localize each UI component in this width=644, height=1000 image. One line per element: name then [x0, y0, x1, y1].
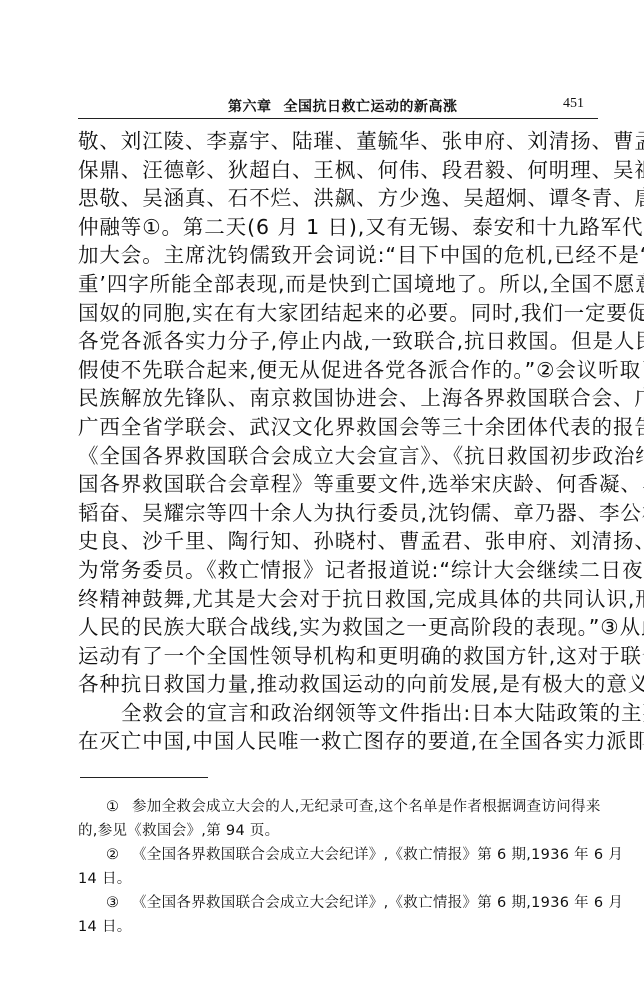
- header-rule: [78, 118, 598, 119]
- text-line: 广西全省学联会、武汉文化界救国会等三十余团体代表的报告,通过了: [78, 413, 600, 442]
- chapter-title: 全国抗日救亡运动的新高涨: [284, 99, 458, 115]
- text-line: 在灭亡中国,中国人民唯一救亡图存的要道,在全国各实力派即日停止: [78, 727, 600, 756]
- text-line: 假使不先联合起来,便无从促进各党各派合作的。”②会议听取了平津: [78, 356, 600, 385]
- text-line: 仲融等①。第二天(6 月 1 日),又有无锡、泰安和十九路军代表赶来参: [78, 213, 600, 242]
- text-line: 运动有了一个全国性领导机构和更明确的救国方针,这对于联合全国: [78, 642, 600, 671]
- footnote-3: ③《全国各界救国联合会成立大会纪详》,《救亡情报》第 6 期,1936 年 6 …: [78, 891, 600, 915]
- text-line: 为常务委员。《救亡情报》记者报道说:“综计大会继续二日夜,各代表始: [78, 556, 600, 585]
- text-line: 敬、刘江陵、李嘉宇、陆璀、董毓华、张申府、刘清扬、曹孟君、孙晓村、薛: [78, 127, 600, 156]
- text-line: 《全国各界救国联合会成立大会宣言》、《抗日救国初步政治纲领》、《全: [78, 442, 600, 471]
- text-line: 国奴的同胞,实在有大家团结起来的必要。同时,我们一定要促进全国: [78, 299, 600, 328]
- footnote-3-continuation: 14 日。: [78, 915, 600, 939]
- text-line: 各党各派各实力分子,停止内战,一致联合,抗日救国。但是人民自己: [78, 327, 600, 356]
- book-page: 第六章全国抗日救亡运动的新高涨 451 敬、刘江陵、李嘉宇、陆璀、董毓华、张申府…: [0, 0, 644, 1000]
- text-line: 国各界救国联合会章程》等重要文件,选举宋庆龄、何香凝、马相伯、邹: [78, 470, 600, 499]
- text-line: 韬奋、吴耀宗等四十余人为执行委员,沈钧儒、章乃器、李公朴、王造时、: [78, 499, 600, 528]
- footnote-1-continuation: 的,参见《救国会》,第 94 页。: [78, 819, 600, 843]
- text-line: 史良、沙千里、陶行知、孙晓村、曹孟君、张申府、刘清扬、何伟等十四人: [78, 527, 600, 556]
- text-line: 终精神鼓舞,尤其是大会对于抗日救国,完成具体的共同认识,形成全国: [78, 585, 600, 614]
- text-line: 重’四字所能全部表现,而是快到亡国境地了。所以,全国不愿意做亡: [78, 270, 600, 299]
- body-text: 敬、刘江陵、李嘉宇、陆璀、董毓华、张申府、刘清扬、曹孟君、孙晓村、薛 保鼎、汪德…: [78, 127, 600, 756]
- chapter-label: 第六章: [228, 99, 272, 115]
- footnote-text: 《全国各界救国联合会成立大会纪详》,《救亡情报》第 6 期,1936 年 6 月: [132, 895, 623, 911]
- footnote-marker: ①: [106, 795, 132, 819]
- footnote-2: ②《全国各界救国联合会成立大会纪详》,《救亡情报》第 6 期,1936 年 6 …: [78, 843, 600, 867]
- footnote-2-continuation: 14 日。: [78, 867, 600, 891]
- footnote-rule: [80, 777, 208, 778]
- text-line: 思敬、吴涵真、石不烂、洪飙、方少逸、吴超炯、谭冬青、唐守愚、徐范、李: [78, 184, 600, 213]
- text-line: 各种抗日救国力量,推动救国运动的向前发展,是有极大的意义的。: [78, 670, 600, 699]
- footnote-text: 《全国各界救国联合会成立大会纪详》,《救亡情报》第 6 期,1936 年 6 月: [132, 847, 623, 863]
- text-line: 人民的民族大联合战线,实为救国之一更高阶段的表现。”③从此,救国: [78, 613, 600, 642]
- text-line: 保鼎、汪德彰、狄超白、王枫、何伟、段君毅、何明理、吴祖贻、李章达、何: [78, 156, 600, 185]
- page-number: 451: [563, 96, 584, 112]
- footnotes: ①参加全救会成立大会的人,无纪录可查,这个名单是作者根据调查访问得来 的,参见《…: [78, 795, 600, 939]
- paragraph-start-line: 全救会的宣言和政治纲领等文件指出:日本大陆政策的主要目的: [78, 699, 600, 728]
- running-title: 第六章全国抗日救亡运动的新高涨: [228, 96, 458, 116]
- text-line: 民族解放先锋队、南京救国协进会、上海各界救国联合会、广东教育界、: [78, 384, 600, 413]
- footnote-text: 参加全救会成立大会的人,无纪录可查,这个名单是作者根据调查访问得来: [132, 799, 601, 815]
- footnote-1: ①参加全救会成立大会的人,无纪录可查,这个名单是作者根据调查访问得来: [78, 795, 600, 819]
- text-line: 加大会。主席沈钧儒致开会词说:“目下中国的危机,已经不是‘国难严: [78, 241, 600, 270]
- footnote-marker: ③: [106, 891, 132, 915]
- footnote-marker: ②: [106, 843, 132, 867]
- running-header: 第六章全国抗日救亡运动的新高涨 451: [78, 96, 598, 116]
